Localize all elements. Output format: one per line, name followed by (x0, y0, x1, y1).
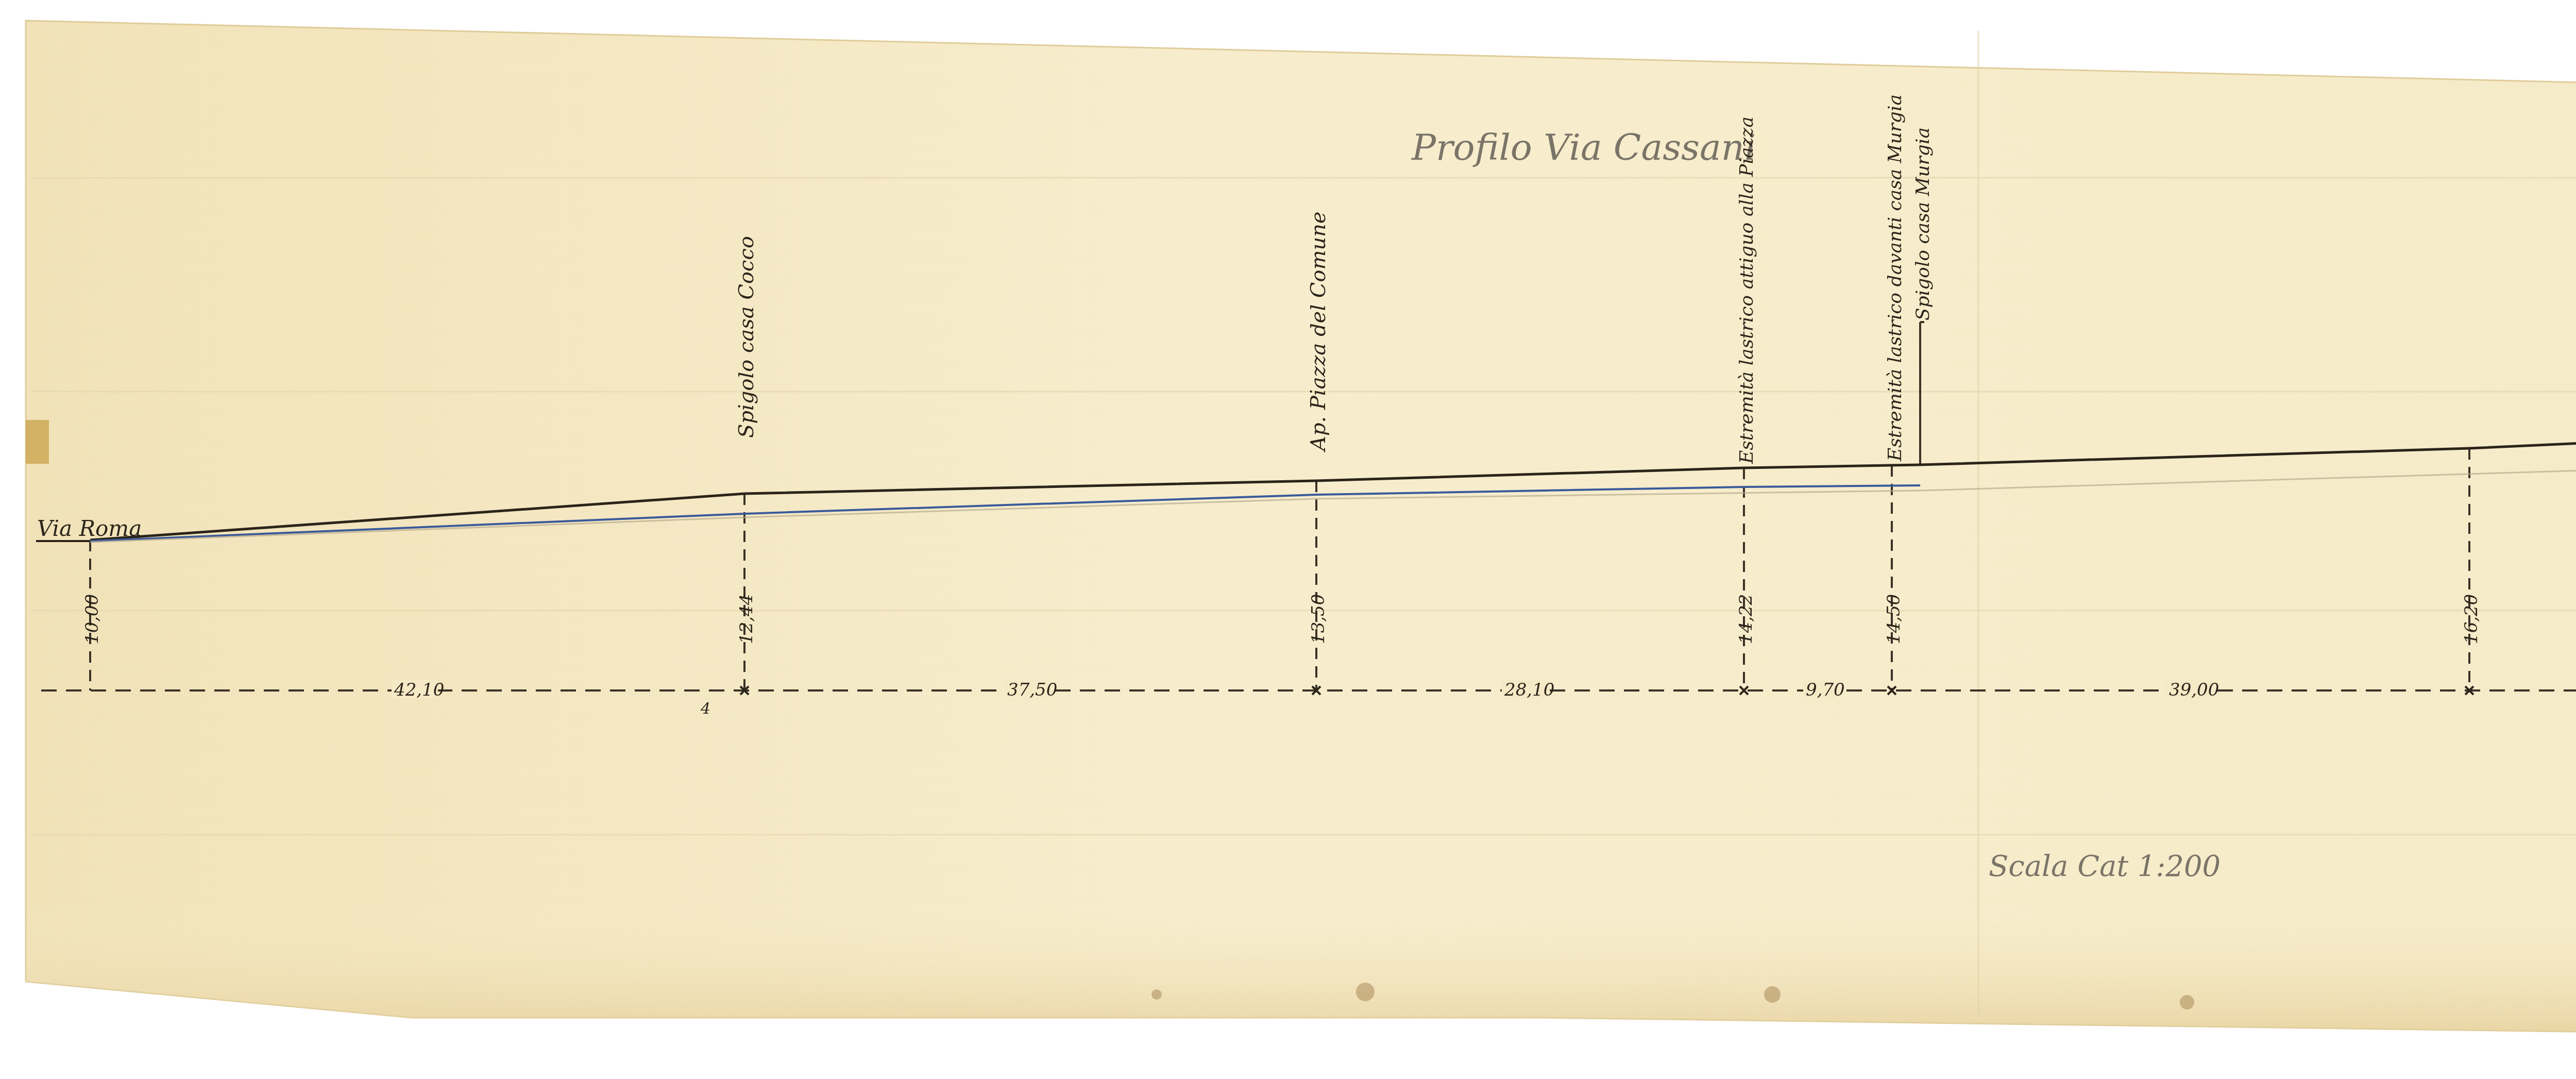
distance-label: 39,00 (2169, 680, 2219, 700)
distance-label: 9,70 (1806, 680, 1845, 700)
profile-drawing: Profilo Via Cassani Scala Cat 1:200 Via … (0, 0, 2576, 1079)
height-value: 16,20 (2461, 594, 2482, 644)
station-label-lastrico-murgia: Estremità lastrico davanti casa Murgia (1885, 94, 1906, 462)
station-label-lastrico-piazza: Estremità lastrico attiguo alla Piazza (1736, 116, 1757, 464)
distance-label: 37,50 (1007, 680, 1057, 700)
drawing-title: Profilo Via Cassani (1411, 126, 1756, 168)
height-value: 12,44 (736, 594, 757, 644)
height-value: 10,00 (82, 594, 103, 644)
height-value: 14,22 (1736, 594, 1756, 644)
edge-stain (26, 420, 49, 464)
station-label-piazza-comune: Ap. Piazza del Comune (1307, 211, 1330, 453)
drawing-sheet: Profilo Via Cassani Scala Cat 1:200 Via … (0, 0, 2576, 1079)
height-value: 14,50 (1884, 594, 1904, 644)
distance-label: 28,10 (1504, 680, 1554, 700)
height-value: 13,50 (1308, 594, 1329, 644)
station-label-casa-cocco: Spigolo casa Cocco (735, 236, 758, 438)
distance-label: 42,10 (394, 680, 444, 700)
station-label-via-roma: Via Roma (37, 516, 142, 541)
station-label-spigolo-murgia: Spigolo casa Murgia (1912, 127, 1934, 321)
scale-note: Scala Cat 1:200 (1989, 850, 2221, 883)
small-mark: 4 (700, 700, 710, 718)
